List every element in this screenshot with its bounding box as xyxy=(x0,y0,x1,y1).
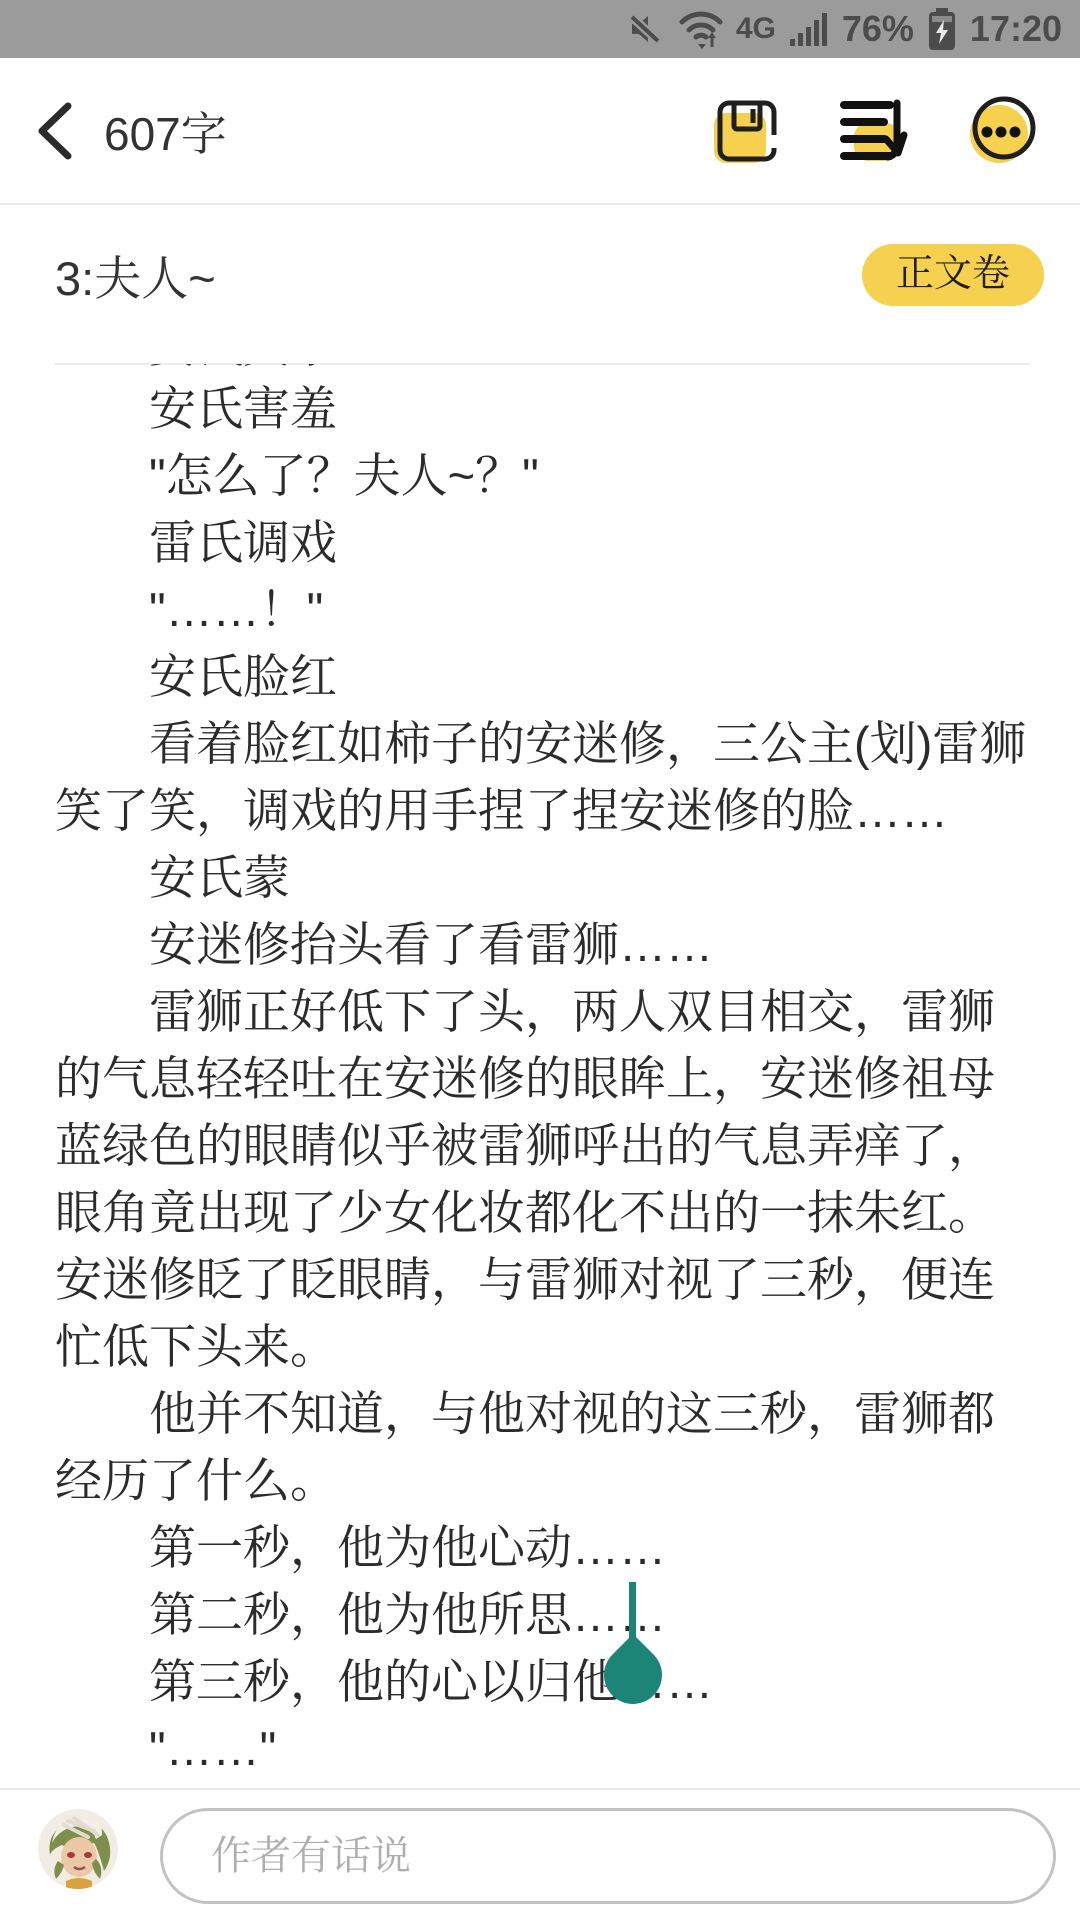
mute-icon xyxy=(626,9,666,49)
status-bar: 4G 76% 17:20 xyxy=(0,0,1080,58)
network-type: 4G xyxy=(736,12,776,46)
paragraph[interactable]: 安迷修抬头看了看雷狮…… xyxy=(55,911,1030,978)
chapter-title[interactable]: 3:夫人~ xyxy=(55,242,216,309)
clock: 17:20 xyxy=(970,8,1062,50)
author-note-bar xyxy=(0,1788,1080,1920)
export-list-icon[interactable] xyxy=(838,95,910,167)
battery-charging-icon xyxy=(926,6,958,52)
paragraph[interactable]: 安氏蒙 xyxy=(55,844,1030,911)
paragraph[interactable]: 第二秒，他为他所思…… xyxy=(55,1581,1030,1648)
word-count: 607字 xyxy=(104,98,227,164)
paragraph[interactable]: 第三秒，他的心以归他…… xyxy=(55,1648,1030,1715)
paragraph[interactable]: 雷狮正好低下了头，两人双目相交，雷狮的气息轻轻吐在安迷修的眼眸上，安迷修祖母蓝绿… xyxy=(55,978,1030,1380)
avatar[interactable] xyxy=(38,1809,118,1889)
back-button[interactable] xyxy=(28,96,80,166)
editor-screen: 4G 76% 17:20 607 xyxy=(0,0,1080,1920)
paragraph[interactable]: 雷氏调戏 xyxy=(55,509,1030,576)
save-icon[interactable] xyxy=(710,95,782,167)
paragraph[interactable]: 他并不知道，与他对视的这三秒，雷狮都经历了什么。 xyxy=(55,1380,1030,1514)
wifi-icon xyxy=(678,8,724,50)
paragraph[interactable]: 安氏害羞 xyxy=(55,375,1030,442)
paragraph[interactable]: 看着脸红如柿子的安迷修，三公主(划)雷狮笑了笑，调戏的用手捏了捏安迷修的脸…… xyxy=(55,710,1030,844)
header: 607字 xyxy=(0,58,1080,205)
paragraph[interactable]: "……" xyxy=(55,1715,1030,1782)
volume-badge[interactable]: 正文卷 xyxy=(862,244,1044,306)
chapter-row: 3:夫人~ 正文卷 xyxy=(0,205,1080,345)
more-icon[interactable] xyxy=(966,95,1038,167)
author-note-input[interactable] xyxy=(160,1808,1056,1904)
paragraph[interactable]: 安氏脸红 xyxy=(55,643,1030,710)
paragraph[interactable]: "……！" xyxy=(55,576,1030,643)
paragraph[interactable]: "怎么了？夫人~？" xyxy=(55,442,1030,509)
battery-percent: 76% xyxy=(842,8,914,50)
paragraph[interactable]: 第一秒，他为他心动…… xyxy=(55,1514,1030,1581)
signal-icon xyxy=(788,9,830,49)
back-icon xyxy=(28,96,80,166)
chapter-body-text[interactable]: 安氏害羞"怎么了？夫人~？"雷氏调戏"……！"安氏脸红看着脸红如柿子的安迷修，三… xyxy=(55,375,1030,1782)
